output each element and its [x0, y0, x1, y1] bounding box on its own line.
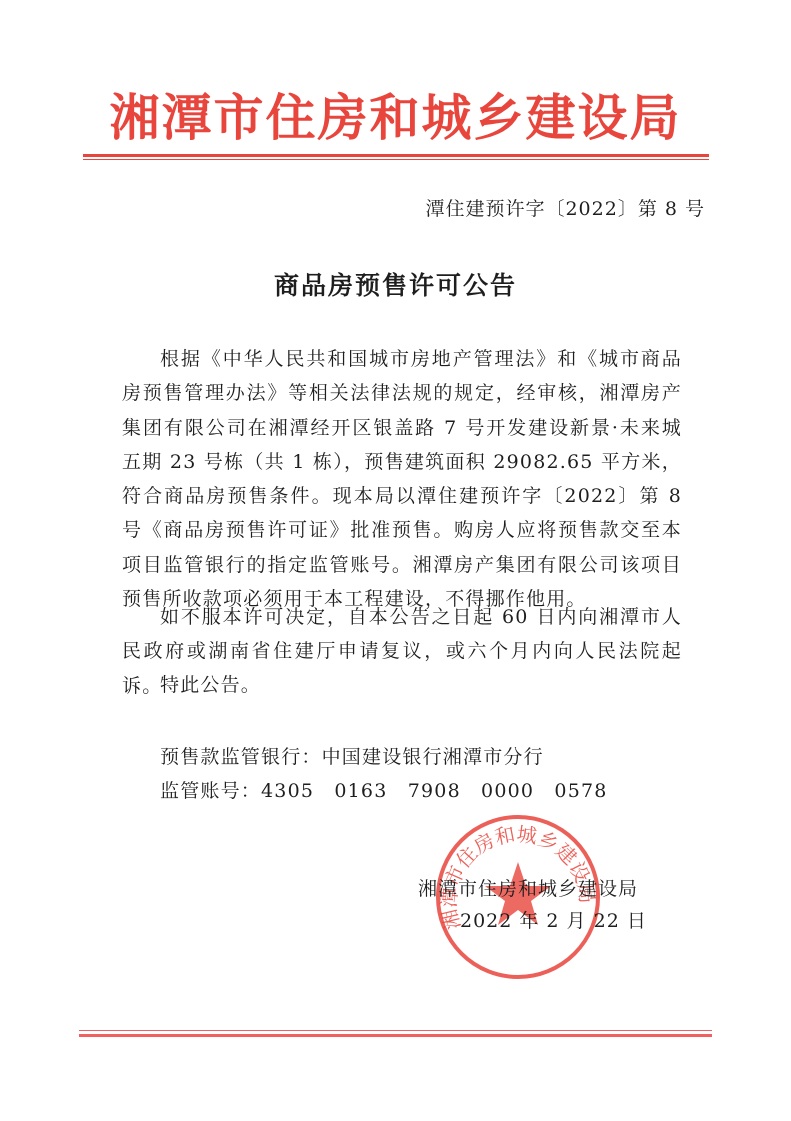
footer-rule	[79, 1030, 712, 1037]
bank-line: 预售款监管银行：中国建设银行湘潭市分行	[160, 742, 544, 769]
body-paragraph-1: 根据《中华人民共和国城市房地产管理法》和《城市商品房预售管理办法》等相关法律法规…	[122, 342, 682, 616]
body-paragraph-3: 特此公告。	[122, 668, 682, 702]
account-line: 监管账号：4305 0163 7908 0000 0578	[160, 776, 608, 803]
sign-date: 2022 年 2 月 22 日	[460, 906, 647, 933]
letterhead-title: 湘潭市住房和城乡建设局	[0, 88, 791, 148]
document-heading: 商品房预售许可公告	[0, 266, 791, 302]
letterhead-rule	[83, 154, 709, 160]
signer-name: 湘潭市住房和城乡建设局	[418, 874, 638, 901]
document-number: 潭住建预许字〔2022〕第 8 号	[425, 194, 705, 221]
